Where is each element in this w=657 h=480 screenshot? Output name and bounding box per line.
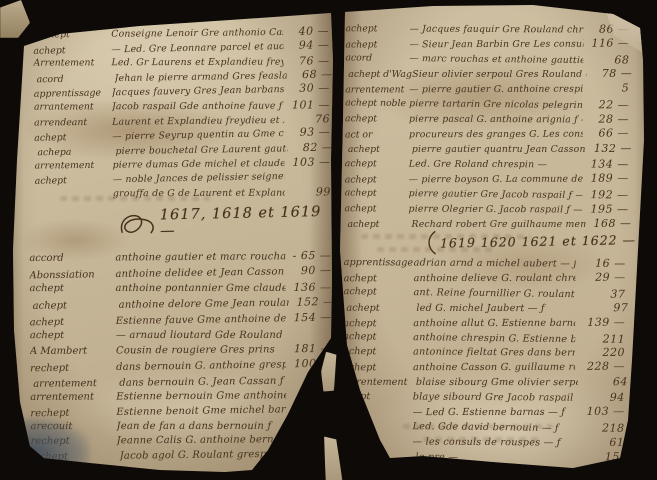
entry-type-label: achept	[346, 301, 416, 315]
entry-text: anthoine delieve G. roulant chrespin ƒ	[414, 272, 576, 286]
entry-type-label: achept	[343, 330, 413, 345]
entry-text: anthoine pontannier Gme claude fonbon ƒ	[116, 282, 286, 297]
entry-text: — Sieur Jean Barbin Gre Les consuls de r…	[409, 38, 583, 53]
calligraphic-curl-icon	[425, 230, 437, 256]
entry-amount: 64	[578, 375, 628, 389]
calligraphic-flourish-icon	[116, 210, 157, 239]
entry-amount: 103 —	[575, 405, 625, 419]
register-entry-row: achept anthoine chrespin G. Estienne bar…	[343, 329, 625, 348]
entry-text: — les consuls de rouspes — ƒ	[412, 435, 574, 450]
entry-type-label: achept	[345, 157, 409, 171]
register-entry-row: apprentissage adrian arnd a michel auber…	[344, 255, 626, 272]
entry-type-label: arrentement	[33, 376, 119, 392]
entry-type-label: achept	[343, 285, 413, 300]
entry-text: dans bernouin G. Jean Cassan ƒ	[119, 374, 289, 391]
entry-text: Led. Gre Roland chrespin —	[409, 158, 583, 173]
entry-amount: 152 —	[289, 295, 335, 310]
entry-text: — Led G. Estienne barnas — ƒ	[413, 406, 575, 420]
entry-amount: 136 —	[286, 281, 332, 296]
entry-text: led G. michel Jaubert — ƒ	[416, 302, 578, 316]
entry-amount	[285, 178, 331, 179]
entry-amount: 151	[577, 450, 627, 464]
register-entry-row: arrentement blaise sibourg Gme olivier s…	[346, 375, 628, 390]
register-entry-row: achept Led. Gre Roland chrespin — 134 —	[345, 156, 629, 172]
entry-type-label: arrentement	[346, 376, 416, 390]
register-entry-row: achept — Jacques fauquir Gre Rouland chr…	[345, 21, 629, 37]
entry-type-label: achept noble	[345, 96, 409, 111]
register-entry-row: achept ant. Reine fournillier G. roulant…	[343, 284, 625, 303]
entry-text: procureurs des granges G. Les consuls de…	[409, 128, 583, 143]
entry-text: adrian arnd a michel aubert — ƒ	[414, 257, 576, 272]
entry-text: antonince fieltat Gres dans bernouin ƒ	[413, 346, 575, 361]
entry-amount: 195 —	[583, 203, 629, 217]
entry-type-label: ant	[342, 419, 412, 434]
entry-text: Estienne benoit Gme michel barbe —	[116, 403, 286, 420]
register-entry-row: achept anthoine allut G. Estienne barnas…	[343, 315, 625, 330]
entry-text: pierre pascal G. anthoine arignia ƒ —	[409, 113, 583, 128]
register-entry-row: achept — arnaud lioutard Gde Rouland gre…	[30, 328, 332, 343]
entry-text: anthoine allut G. Estienne barnas ƒ	[413, 316, 575, 330]
entry-amount: - 65 —	[285, 249, 331, 264]
year-heading-left-text: 1617, 1618 et 1619 —	[160, 204, 341, 240]
entry-amount: 76	[284, 112, 330, 126]
register-entry-row: achept pierre gautier quantru Jean Casso…	[348, 142, 632, 157]
entry-type-label: achept	[345, 112, 409, 126]
register-entry-row: achept pierre gautier Gre Jacob raspail …	[345, 185, 629, 203]
entry-text: Jacob agol G. Roulant grespin	[120, 448, 290, 465]
entry-text: grouffa de G de Laurent et Explandieu fr…	[113, 186, 285, 200]
entry-text: Estienne fauve Gme anthoine delieve ƒ	[116, 312, 286, 329]
entry-amount: 94 —	[283, 38, 329, 52]
register-entry-row: act or procureurs des granges G. Les con…	[345, 127, 629, 143]
entry-type-label: achept	[345, 22, 409, 36]
entry-amount: 66 —	[583, 127, 629, 141]
entry-amount: 134 —	[583, 158, 629, 172]
entry-text: Jean de fan a dans bernouin ƒ	[116, 420, 286, 435]
paper-scrap	[0, 0, 30, 38]
entry-type-label: arrentement	[34, 159, 112, 173]
register-entry-row: le pre — 151	[345, 450, 627, 465]
paper-scrap	[319, 351, 338, 392]
entry-type-label: apprentissage	[344, 256, 414, 270]
entry-amount: 192 —	[583, 188, 629, 203]
entry-amount: 76 —	[283, 55, 329, 69]
entry-type-label: rechept	[33, 28, 111, 42]
entry-text: blaise sibourg Gme olivier serpoul — ƒ	[416, 376, 578, 390]
entry-text: Led. Gde david bernouin — ƒ	[412, 420, 574, 436]
entry-type-label: arrantement	[34, 100, 112, 114]
entry-type-label: acord	[37, 72, 115, 87]
entry-type-label: achept	[30, 329, 116, 344]
entry-amount: 189 —	[583, 172, 629, 186]
entry-text: dans bernouin G. anthoine grespin ƒ	[116, 358, 286, 375]
entry-amount: 29 —	[576, 271, 626, 285]
entry-text: pierre Olegrier G. Jacob raspail ƒ —	[409, 203, 583, 218]
entry-type-label: achept	[30, 282, 116, 297]
register-entry-row: achept led G. michel Jaubert — ƒ 97	[346, 300, 628, 315]
manuscript-right-page: achept — Jacques fauquir Gre Rouland chr…	[333, 0, 657, 480]
entry-text: ant. Reine fournillier G. roulant chresp…	[413, 286, 575, 302]
entry-type-label: achept	[348, 143, 412, 157]
register-entry-row: achept d'Wage Sieur olivier serpoul Gres…	[348, 67, 632, 82]
year-heading-right: 1619 1620 1621 et 1622 —	[425, 226, 636, 256]
entry-type-label: achepa	[37, 145, 115, 160]
entry-text: — Jacques fauquir Gre Rouland chrespin ƒ…	[409, 23, 583, 38]
entry-type-label: chept	[343, 390, 413, 404]
paper-scrap	[322, 435, 342, 480]
entry-amount: 82 —	[287, 140, 333, 154]
entry-amount: 94	[575, 391, 625, 405]
entry-type-label: rechept	[30, 361, 116, 377]
entry-text: anthoine chrespin G. Estienne barnas ƒ	[413, 331, 575, 347]
entry-amount: 22 —	[583, 98, 629, 113]
entry-amount: 99	[285, 185, 331, 199]
register-entry-row: achept noble pierre tartarin Gre nicolas…	[345, 95, 629, 113]
entry-text: — pierre boyson G. La commune de rouspes…	[409, 173, 583, 188]
entry-amount: 132 —	[586, 142, 632, 156]
blue-ink-stain	[0, 418, 90, 473]
entry-type-label: achept	[345, 186, 409, 201]
entry-amount: 220	[575, 346, 625, 360]
entry-amount: 68	[583, 53, 629, 68]
right-register-entries-top: achept — Jacques fauquir Gre Rouland chr…	[344, 21, 629, 232]
manuscript-left-page: rechept Conseigne Lenoir Gre anthonio Ca…	[0, 0, 340, 480]
entry-amount: 154 —	[286, 310, 332, 325]
entry-text: — arnaud lioutard Gde Rouland grespin ƒ	[116, 328, 286, 343]
entry-text: — pierre gautier G. anthoine crespin ƒ —	[409, 83, 583, 98]
entry-type-label: achept	[33, 299, 119, 315]
photo-background: { "document_type": "Registre manuscrit a…	[0, 0, 657, 480]
right-register-entries-bottom: apprentissage adrian arnd a michel auber…	[342, 255, 625, 466]
register-entry-row: — les consuls de rouspes — ƒ 61	[342, 434, 624, 451]
register-entry-row: arrentement dans bernouin G. Jean Cassan…	[33, 373, 335, 392]
entry-type-label: A Mambert	[30, 345, 116, 360]
entry-amount: 16 —	[576, 257, 626, 271]
entry-amount: 211	[575, 332, 625, 347]
entry-text: pierre gautier Gre Jacob raspail ƒ —	[409, 187, 583, 203]
entry-amount: 103 —	[284, 156, 330, 170]
entry-type-label: achept	[347, 218, 411, 232]
entry-amount: 61	[574, 436, 624, 450]
entry-amount: 30 —	[284, 82, 330, 96]
entry-amount: 97	[578, 301, 628, 315]
entry-type-label: act or	[345, 128, 409, 142]
entry-amount: 28 —	[583, 113, 629, 127]
entry-type-label: achept	[343, 361, 413, 375]
register-entry-row: achept pierre pascal G. anthoine arignia…	[345, 111, 629, 127]
entry-amount: 228 —	[575, 360, 625, 374]
left-register-entries-top: rechept Conseigne Lenoir Gre anthonio Ca…	[33, 24, 331, 201]
entry-text: pierre bouchetal Gre Laurent gauthier	[115, 142, 287, 158]
entry-amount: 218	[574, 421, 624, 436]
entry-amount: 101 —	[284, 98, 330, 112]
register-entry-row: chept blaye sibourd Gre Jacob raspail ƒ …	[343, 389, 625, 406]
year-heading-left: 1617, 1618 et 1619 —	[116, 204, 341, 241]
entry-type-label: acord	[345, 51, 409, 66]
register-entry-row: achept pierre Olegrier G. Jacob raspail …	[345, 201, 629, 217]
entry-type-label: Arrentement	[33, 56, 111, 70]
entry-type-label: achept	[343, 345, 413, 359]
entry-amount: 93 —	[284, 125, 330, 139]
entry-type-label: arrendeant	[34, 115, 112, 129]
entry-text: pierre gautier quantru Jean Casson ƒ —	[412, 143, 586, 157]
entry-type-label: achept d'Wage	[348, 68, 412, 82]
entry-type-label: accord	[29, 251, 115, 266]
entry-amount: 139 —	[575, 315, 625, 329]
entry-text: Sieur olivier serpoul Gres Rouland chres…	[412, 68, 586, 82]
entry-text: anthoine delidee et Jean Casson ƒ	[115, 265, 285, 282]
entry-amount: 5	[583, 82, 629, 96]
entry-amount	[286, 412, 332, 413]
entry-amount: 181 —	[286, 342, 332, 357]
entry-amount: 68 —	[286, 67, 332, 81]
entry-type-label: arrentement	[30, 391, 116, 406]
entry-text: le pre —	[415, 451, 577, 465]
entry-text: — marc rouchas et anthoine gauttier ƒ	[409, 52, 583, 68]
register-entry-row: grouffa de G de Laurent et Explandieu fr…	[35, 185, 331, 201]
entry-amount: 90 —	[285, 263, 331, 278]
entry-amount: 37	[575, 287, 625, 302]
register-entry-row: acord — marc rouchas et anthoine gauttie…	[345, 50, 629, 68]
register-entry-row: achept anthoine Casson G. guillaume roub…	[343, 360, 625, 375]
entry-amount: 40 —	[283, 24, 329, 38]
entry-type-label: achept	[345, 202, 409, 216]
entry-text: blaye sibourd Gre Jacob raspail ƒ	[413, 391, 575, 406]
register-entry-row: arrantement Jacob raspail Gde anthoine f…	[34, 98, 330, 114]
entry-text: anthoine Casson G. guillaume roubert	[413, 361, 575, 375]
entry-text: Jacob raspail Gde anthoine fauve ƒ	[112, 100, 284, 114]
entry-text: — noble Jances de pelissier seigneur —	[113, 170, 285, 187]
entry-amount: 78 —	[586, 67, 632, 81]
entry-text: pierre tartarin Gre nicolas pelegrin ƒ	[409, 97, 583, 113]
year-heading-right-text: 1619 1620 1621 et 1622 —	[440, 232, 636, 250]
